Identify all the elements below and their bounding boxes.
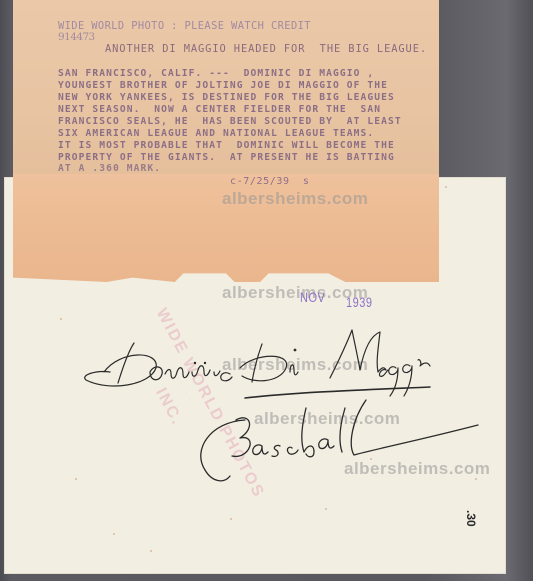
watermark: albersheims.com <box>254 409 400 429</box>
date-stamp-month: NOV <box>300 291 325 306</box>
caption-body-line: NEW YORK YANKEES, IS DESTINED FOR THE BI… <box>58 92 395 104</box>
agency-stamp-inc: INC. <box>151 385 186 429</box>
photo-number: 914473 <box>58 32 95 44</box>
caption-dateline: c-7/25/39 s <box>230 176 309 188</box>
price-note: .30 <box>464 510 478 527</box>
caption-body-line: PROPERTY OF THE GIANTS. AT PRESENT HE IS… <box>58 152 395 164</box>
caption-body-line: FRANCISCO SEALS, HE HAS BEEN SCOUTED BY … <box>58 116 402 128</box>
caption-body-line: IT IS MOST PROBABLE THAT DOMINIC WILL BE… <box>58 140 395 152</box>
watermark: albersheims.com <box>222 189 368 209</box>
caption-body-line: AT A .360 MARK. <box>58 163 161 175</box>
caption-body-line: SAN FRANCISCO, CALIF. --- DOMINIC DI MAG… <box>58 68 374 80</box>
agency-credit-line: WIDE WORLD PHOTO : PLEASE WATCH CREDIT <box>58 21 311 33</box>
caption-body-line: SIX AMERICAN LEAGUE AND NATIONAL LEAGUE … <box>58 128 374 140</box>
caption-sheet: WIDE WORLD PHOTO : PLEASE WATCH CREDIT 9… <box>13 0 439 176</box>
caption-headline: ANOTHER DI MAGGIO HEADED FOR THE BIG LEA… <box>105 44 427 56</box>
caption-body-line: YOUNGEST BROTHER OF JOLTING JOE DI MAGGI… <box>58 80 388 92</box>
date-stamp-year: 1939 <box>346 296 372 311</box>
watermark: albersheims.com <box>344 459 490 479</box>
caption-body-line: NEXT SEASON. NOW A CENTER FIELDER FOR TH… <box>58 104 381 116</box>
watermark: albersheims.com <box>222 355 368 375</box>
